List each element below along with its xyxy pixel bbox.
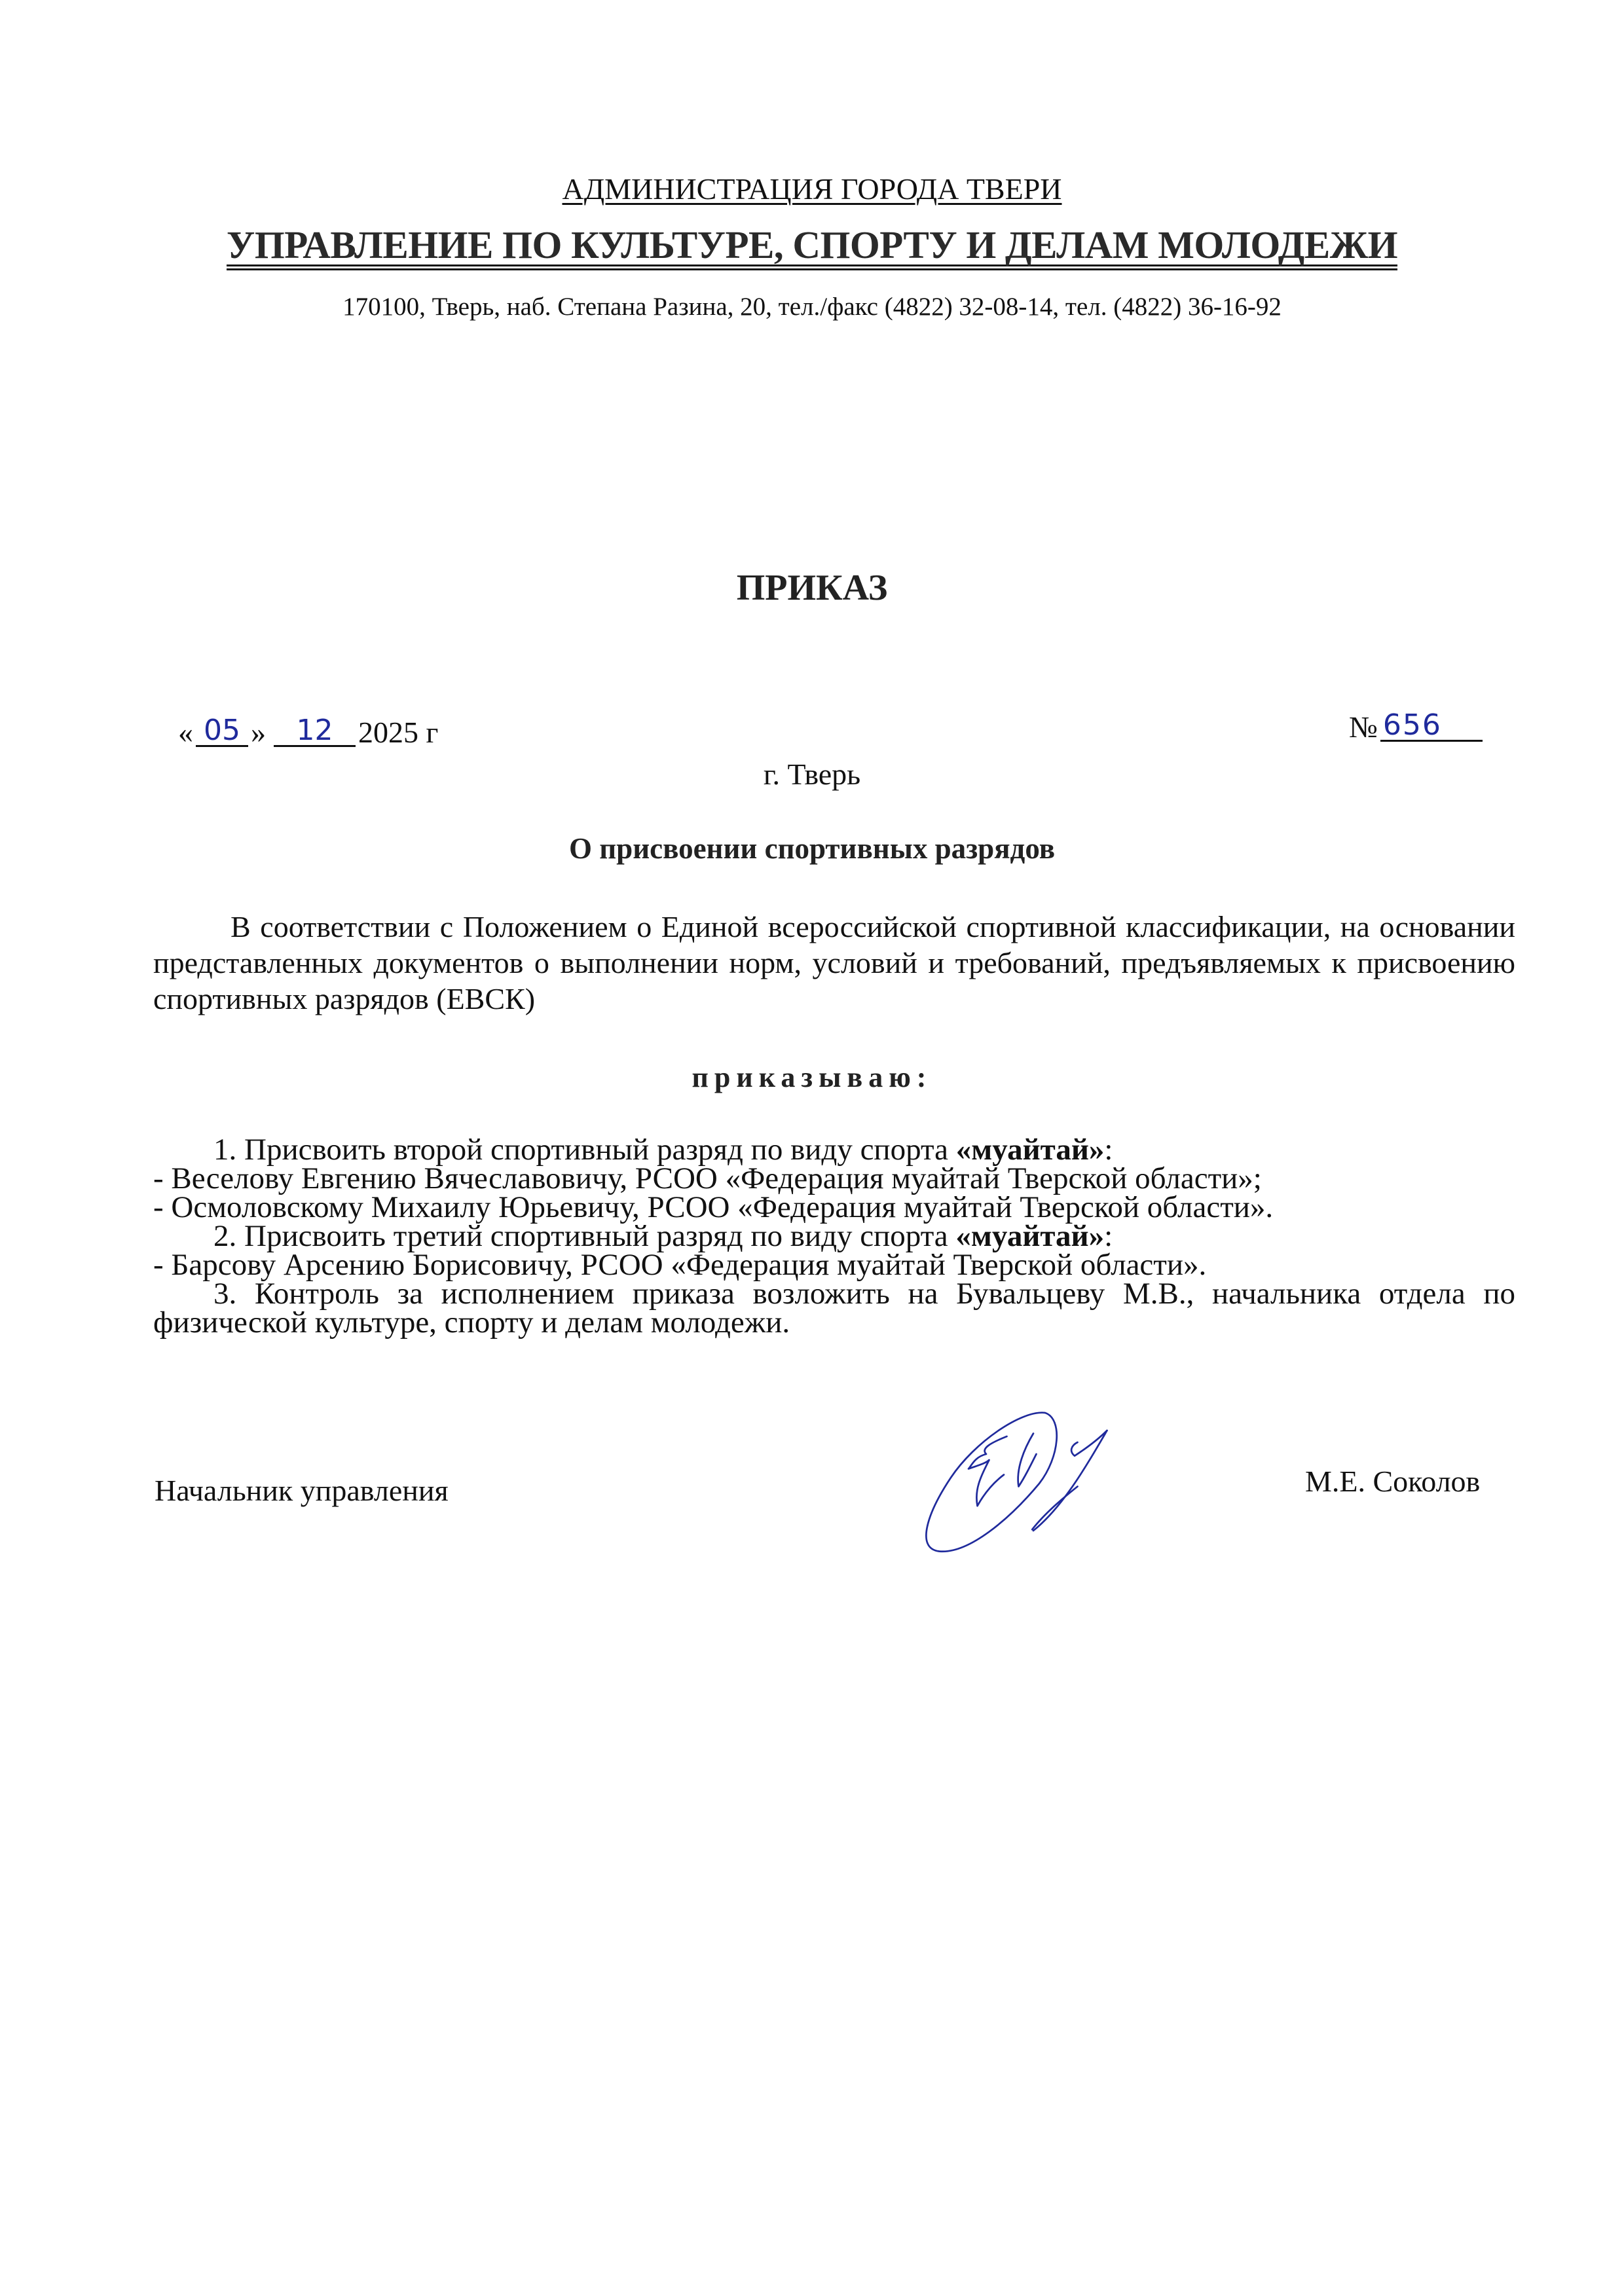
document-number: №656 [1349, 710, 1483, 744]
item-text: Контроль за исполнением приказа возложит… [153, 1277, 1515, 1339]
date-close-quote: » [251, 716, 266, 749]
number-handwritten: 656 [1380, 711, 1483, 742]
date-day-handwritten: 05 [196, 716, 248, 747]
administration-name: АДМИНИСТРАЦИЯ ГОРОДА ТВЕРИ [563, 172, 1062, 206]
signatory-name: М.Е. Соколов [1305, 1464, 1480, 1499]
department-name: УПРАВЛЕНИЕ ПО КУЛЬТУРЕ, СПОРТУ И ДЕЛАМ М… [227, 226, 1397, 270]
order-item-3: 3. Контроль за исполнением приказа возло… [153, 1279, 1515, 1337]
person-entry: - Осмоловскому Михаилу Юрьевичу, РСОО «Ф… [153, 1193, 1515, 1222]
letterhead-address: 170100, Тверь, наб. Степана Разина, 20, … [0, 292, 1624, 321]
document-date: «05»122025 г [178, 715, 438, 750]
signatory-role: Начальник управления [155, 1473, 449, 1508]
order-items: 1. Присвоить второй спортивный разряд по… [153, 1135, 1515, 1337]
person-entry: - Веселову Евгению Вячеславовичу, РСОО «… [153, 1164, 1515, 1193]
date-open-quote: « [178, 716, 193, 749]
administration-heading: АДМИНИСТРАЦИЯ ГОРОДА ТВЕРИ [0, 172, 1624, 206]
handwritten-signature-icon [904, 1401, 1139, 1578]
preamble-paragraph: В соответствии с Положением о Единой все… [153, 909, 1515, 1017]
document-city: г. Тверь [0, 757, 1624, 792]
order-item-2: 2. Присвоить третий спортивный разряд по… [153, 1222, 1515, 1250]
person-entry: - Барсову Арсению Борисовичу, РСОО «Феде… [153, 1250, 1515, 1279]
date-month-handwritten: 12 [274, 716, 356, 747]
date-year: 2025 г [358, 716, 438, 749]
number-prefix: № [1349, 710, 1378, 744]
document-type-title: ПРИКАЗ [0, 567, 1624, 609]
order-word: приказываю: [0, 1061, 1624, 1094]
document-subject: О присвоении спортивных разрядов [0, 831, 1624, 866]
order-item-1: 1. Присвоить второй спортивный разряд по… [153, 1135, 1515, 1164]
department-heading: УПРАВЛЕНИЕ ПО КУЛЬТУРЕ, СПОРТУ И ДЕЛАМ М… [0, 223, 1624, 270]
